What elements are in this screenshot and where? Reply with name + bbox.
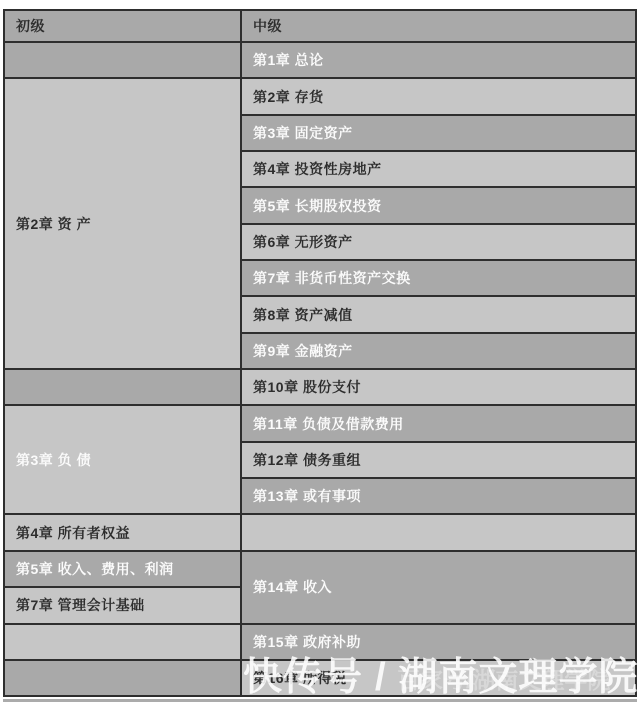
cell-inter-ch9: 第9章 金融资产: [242, 334, 635, 368]
empty-cell-junior-row10: [5, 370, 240, 404]
cell-inter-ch10: 第10章 股份支付: [242, 370, 635, 404]
cell-inter-ch12: 第12章 债务重组: [242, 443, 635, 477]
chapter-comparison-table: 初级 中级 第1章 总论 第2章 资 产 第2章 存货 第3章 固定资产 第4章…: [3, 9, 637, 697]
cell-inter-ch3: 第3章 固定资产: [242, 116, 635, 150]
cell-junior-ch7-management: 第7章 管理会计基础: [5, 588, 240, 622]
empty-cell-junior-row17: [5, 625, 240, 659]
cell-inter-ch8: 第8章 资产减值: [242, 297, 635, 331]
empty-cell-junior-row18: [5, 661, 240, 695]
cell-junior-ch2-assets: 第2章 资 产: [5, 79, 240, 368]
cell-inter-ch13: 第13章 或有事项: [242, 479, 635, 513]
cell-inter-ch2: 第2章 存货: [242, 79, 635, 113]
cell-inter-ch15: 第15章 政府补助: [242, 625, 635, 659]
cell-junior-ch3-liabilities: 第3章 负 债: [5, 406, 240, 513]
cell-junior-ch5-revenue: 第5章 收入、费用、利润: [5, 552, 240, 586]
empty-cell-junior-row1: [5, 43, 240, 77]
cell-inter-ch16: 第16章 所得税: [242, 661, 635, 695]
cell-junior-ch4-owners-equity: 第4章 所有者权益: [5, 515, 240, 549]
header-junior: 初级: [5, 11, 240, 41]
cell-inter-ch14: 第14章 收入: [242, 552, 635, 623]
header-intermediate: 中级: [242, 11, 635, 41]
cell-inter-ch1: 第1章 总论: [242, 43, 635, 77]
cell-inter-ch5: 第5章 长期股权投资: [242, 188, 635, 222]
cell-inter-ch6: 第6章 无形资产: [242, 225, 635, 259]
cell-inter-ch11: 第11章 负债及借款费用: [242, 406, 635, 440]
cell-inter-ch7: 第7章 非货币性资产交换: [242, 261, 635, 295]
cell-inter-ch4: 第4章 投资性房地产: [242, 152, 635, 186]
empty-cell-inter-row14: [242, 515, 635, 549]
